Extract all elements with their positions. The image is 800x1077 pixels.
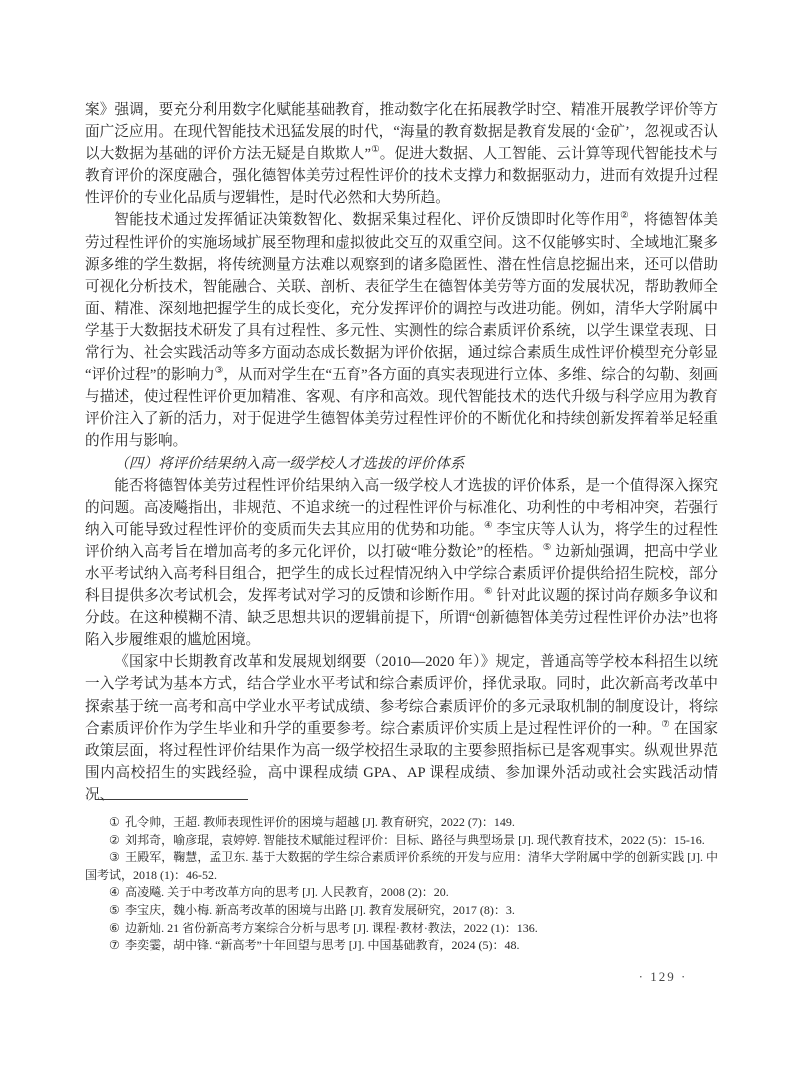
footnote-item: ⑦李奕霎，胡中锋. “新高考”十年回望与思考 [J]. 中国基础教育，2024 …: [85, 937, 718, 955]
footnote-text: 边新灿. 21 省份新高考方案综合分析与思考 [J]. 课程·教材·教法，202…: [125, 921, 538, 935]
footnote-marker: ①: [109, 815, 120, 829]
footnote-item: ⑤李宝庆，魏小梅. 新高考改革的困境与出路 [J]. 教育发展研究，2017 (…: [85, 902, 718, 920]
page-number: · 129 ·: [623, 969, 703, 985]
footnote-text: 高凌飚. 关于中考改革方向的思考 [J]. 人民教育，2008 (2)：20.: [125, 885, 449, 899]
footnote-text: 刘邦奇，喻彦琨，袁婷婷. 智能技术赋能过程评价：目标、路径与典型场景 [J]. …: [125, 833, 705, 847]
footnote-ref: ①: [371, 145, 380, 155]
footnote-ref: ②: [620, 212, 629, 222]
footnote-ref: ③: [215, 366, 224, 376]
footnote-ref: ④: [484, 521, 493, 531]
footnote-item: ⑥边新灿. 21 省份新高考方案综合分析与思考 [J]. 课程·教材·教法，20…: [85, 920, 718, 938]
paragraph-talent-selection: 能否将德智体美劳过程性评价结果纳入高一级学校人才选拔的评价体系，是一个值得深入探…: [85, 475, 718, 652]
footnote-ref: ⑤: [543, 543, 552, 553]
footnote-ref: ⑥: [484, 587, 493, 597]
footnote-text: 李宝庆，魏小梅. 新高考改革的困境与出路 [J]. 教育发展研究，2017 (8…: [125, 903, 515, 917]
footnote-text: 孔令帅，王超. 教师表现性评价的困境与超越 [J]. 教育研究，2022 (7)…: [125, 815, 515, 829]
paragraph-smart-tech: 智能技术通过发挥循证决策数智化、数据采集过程化、评价反馈即时化等作用②，将德智体…: [85, 209, 718, 452]
footnote-item: ②刘邦奇，喻彦琨，袁婷婷. 智能技术赋能过程评价：目标、路径与典型场景 [J].…: [85, 832, 718, 850]
footnote-item: ④高凌飚. 关于中考改革方向的思考 [J]. 人民教育，2008 (2)：20.: [85, 884, 718, 902]
footnote-marker: ⑤: [109, 903, 120, 917]
scanned-journal-page: 案》强调，要充分利用数字化赋能基础教育，推动数字化在拓展教学时空、精准开展教学评…: [0, 0, 800, 1077]
section-heading: （四）将评价结果纳入高一级学校人才选拔的评价体系: [85, 453, 718, 475]
footnote-marker: ⑥: [109, 921, 120, 935]
footnote-marker: ③: [109, 850, 120, 864]
footnote-text: 李奕霎，胡中锋. “新高考”十年回望与思考 [J]. 中国基础教育，2024 (…: [125, 938, 519, 952]
footnote-text: 王殿军，鞠慧，孟卫东. 基于大数据的学生综合素质评价系统的开发与应用：清华大学附…: [85, 850, 718, 882]
paragraph-gaokao-reform: 《国家中长期教育改革和发展规划纲要（2010—2020 年）》规定，普通高等学校…: [85, 651, 718, 806]
footnote-separator: [97, 799, 248, 800]
footnote-marker: ④: [109, 885, 120, 899]
paragraph-continuation: 案》强调，要充分利用数字化赋能基础教育，推动数字化在拓展教学时空、精准开展教学评…: [85, 99, 718, 209]
article-body: 案》强调，要充分利用数字化赋能基础教育，推动数字化在拓展教学时空、精准开展教学评…: [85, 99, 718, 806]
footnote-ref: ⑦: [661, 720, 670, 730]
footnote-item: ③王殿军，鞠慧，孟卫东. 基于大数据的学生综合素质评价系统的开发与应用：清华大学…: [85, 849, 718, 884]
footnotes-block: ①孔令帅，王超. 教师表现性评价的困境与超越 [J]. 教育研究，2022 (7…: [85, 814, 718, 955]
footnote-item: ①孔令帅，王超. 教师表现性评价的困境与超越 [J]. 教育研究，2022 (7…: [85, 814, 718, 832]
footnote-marker: ⑦: [109, 938, 120, 952]
footnote-marker: ②: [109, 833, 120, 847]
